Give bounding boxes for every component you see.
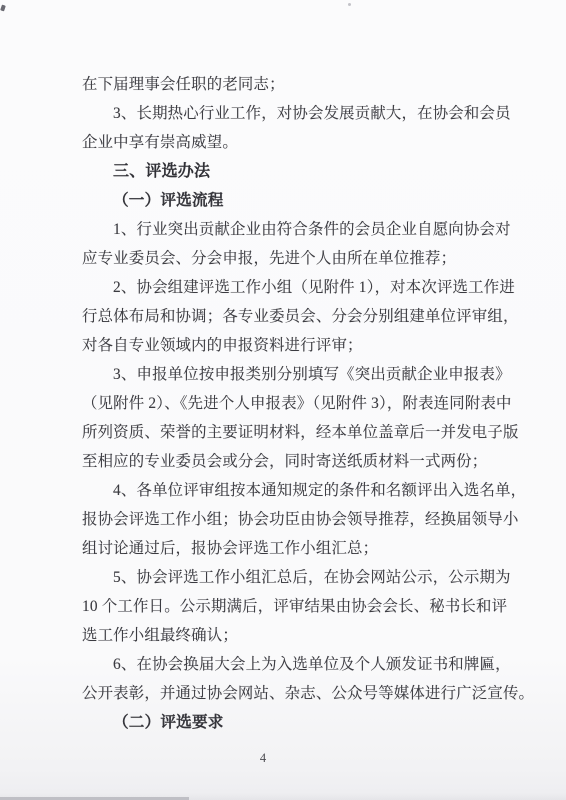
subsection-heading-selection-requirements: （二）评选要求 <box>82 708 522 737</box>
document-page: 在下届理事会任职的老同志； 3、长期热心行业工作，对协会发展贡献大，在协会和会员… <box>0 0 566 800</box>
scan-speck <box>0 5 6 12</box>
document-text-block: 在下届理事会任职的老同志； 3、长期热心行业工作，对协会发展贡献大，在协会和会员… <box>82 70 522 766</box>
text-line: （见附件 2）、《先进个人申报表》（见附件 3），附表连同附表中 <box>82 389 522 418</box>
text-line: 行总体布局和协调；各专业委员会、分会分别组建单位评审组， <box>82 302 522 331</box>
subsection-heading-selection-process: （一）评选流程 <box>82 186 522 215</box>
scan-speck <box>348 3 351 6</box>
page-number: 4 <box>253 750 273 766</box>
text-line: 报协会评选工作小组；协会功臣由协会领导推荐，经换届领导小 <box>82 505 522 534</box>
text-line: 1、行业突出贡献企业由符合条件的会员企业自愿向协会对 <box>82 215 522 244</box>
text-line: 2、协会组建评选工作小组（见附件 1），对本次评选工作进 <box>82 273 522 302</box>
text-line: 5、协会评选工作小组汇总后，在协会网站公示，公示期为 <box>82 563 522 592</box>
text-line: 企业中享有崇高威望。 <box>82 128 522 157</box>
text-line: 应专业委员会、分会申报，先进个人由所在单位推荐； <box>82 244 522 273</box>
section-heading-evaluation-method: 三、评选办法 <box>82 157 522 186</box>
text-line: 10 个工作日。公示期满后，评审结果由协会会长、秘书长和评 <box>82 592 522 621</box>
text-line: 至相应的专业委员会或分会，同时寄送纸质材料一式两份； <box>82 447 522 476</box>
text-line: 对各自专业领域内的申报资料进行评审； <box>82 331 522 360</box>
text-line: 在下届理事会任职的老同志； <box>82 70 522 99</box>
text-line: 组讨论通过后，报协会评选工作小组汇总； <box>82 534 522 563</box>
text-line: 公开表彰，并通过协会网站、杂志、公众号等媒体进行广泛宣传。 <box>82 679 522 708</box>
text-line: 3、长期热心行业工作，对协会发展贡献大，在协会和会员 <box>82 99 522 128</box>
text-line: 3、申报单位按申报类别分别填写《突出贡献企业申报表》 <box>82 360 522 389</box>
text-line: 选工作小组最终确认； <box>82 621 522 650</box>
text-line: 所列资质、荣誉的主要证明材料，经本单位盖章后一并发电子版 <box>82 418 522 447</box>
text-line: 4、各单位评审组按本通知规定的条件和名额评出入选名单， <box>82 476 522 505</box>
text-line: 6、在协会换届大会上为入选单位及个人颁发证书和牌匾， <box>82 650 522 679</box>
